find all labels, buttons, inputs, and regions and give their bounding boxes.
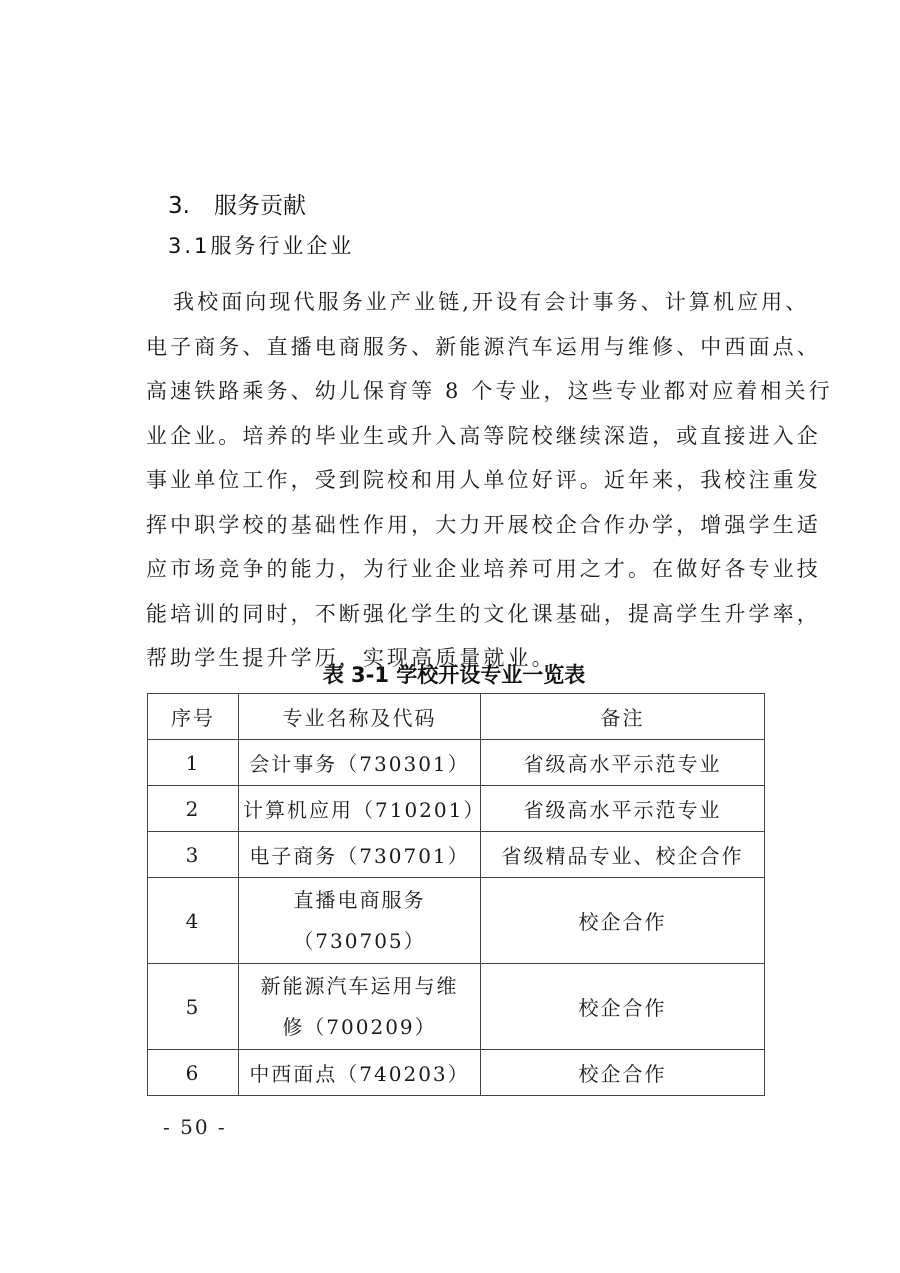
paragraph-line: 挥中职学校的基础性作用，大力开展校企合作办学，增强学生适 [146, 503, 766, 548]
header-cell-no: 序号 [148, 694, 239, 740]
subsection-heading: 3.1服务行业企业 [168, 230, 354, 262]
section-number: 3. [168, 190, 214, 222]
table-header-row: 序号 专业名称及代码 备注 [148, 694, 765, 740]
table-row: 5 新能源汽车运用与维 修（700209） 校企合作 [148, 964, 765, 1050]
section-title: 服务贡献 [214, 193, 306, 219]
table-caption: 表 3-1 学校开设专业一览表 [147, 660, 761, 690]
cell-name: 计算机应用（710201） [239, 786, 481, 832]
cell-remark: 省级精品专业、校企合作 [481, 832, 765, 878]
paragraph-line: 高速铁路乘务、幼儿保育等 8 个专业，这些专业都对应着相关行 [146, 369, 766, 414]
cell-remark: 省级高水平示范专业 [481, 786, 765, 832]
cell-remark: 校企合作 [481, 964, 765, 1050]
paragraph-line: 电子商务、直播电商服务、新能源汽车运用与维修、中西面点、 [146, 325, 766, 370]
cell-name: 电子商务（730701） [239, 832, 481, 878]
table-row: 2 计算机应用（710201） 省级高水平示范专业 [148, 786, 765, 832]
cell-name: 新能源汽车运用与维 修（700209） [239, 964, 481, 1050]
paragraph-line: 业企业。培养的毕业生或升入高等院校继续深造，或直接进入企 [146, 414, 766, 459]
header-cell-remark: 备注 [481, 694, 765, 740]
cell-name: 中西面点（740203） [239, 1050, 481, 1096]
cell-remark: 校企合作 [481, 878, 765, 964]
cell-name-line: （730705） [243, 921, 476, 962]
paragraph-line: 能培训的同时，不断强化学生的文化课基础，提高学生升学率， [146, 592, 766, 637]
cell-name: 会计事务（730301） [239, 740, 481, 786]
cell-remark: 校企合作 [481, 1050, 765, 1096]
header-cell-name: 专业名称及代码 [239, 694, 481, 740]
cell-no: 4 [148, 878, 239, 964]
document-page: 3.服务贡献 3.1服务行业企业 我校面向现代服务业产业链,开设有会计事务、计算… [0, 0, 900, 1273]
cell-no: 2 [148, 786, 239, 832]
body-paragraph: 我校面向现代服务业产业链,开设有会计事务、计算机应用、 电子商务、直播电商服务、… [146, 280, 766, 681]
cell-name-line: 直播电商服务 [243, 880, 476, 921]
paragraph-line: 应市场竞争的能力，为行业企业培养可用之才。在做好各专业技 [146, 547, 766, 592]
cell-no: 6 [148, 1050, 239, 1096]
cell-no: 5 [148, 964, 239, 1050]
table-row: 1 会计事务（730301） 省级高水平示范专业 [148, 740, 765, 786]
paragraph-line: 事业单位工作，受到院校和用人单位好评。近年来，我校注重发 [146, 458, 766, 503]
paragraph-line: 我校面向现代服务业产业链,开设有会计事务、计算机应用、 [146, 280, 766, 325]
cell-no: 1 [148, 740, 239, 786]
majors-table: 序号 专业名称及代码 备注 1 会计事务（730301） 省级高水平示范专业 2… [147, 693, 765, 1096]
table-row: 4 直播电商服务 （730705） 校企合作 [148, 878, 765, 964]
table-row: 6 中西面点（740203） 校企合作 [148, 1050, 765, 1096]
cell-name-line: 新能源汽车运用与维 [243, 966, 476, 1007]
section-heading: 3.服务贡献 [168, 190, 306, 222]
cell-name-line: 修（700209） [243, 1007, 476, 1048]
cell-name: 直播电商服务 （730705） [239, 878, 481, 964]
cell-remark: 省级高水平示范专业 [481, 740, 765, 786]
cell-no: 3 [148, 832, 239, 878]
page-number: - 50 - [163, 1115, 227, 1139]
table-row: 3 电子商务（730701） 省级精品专业、校企合作 [148, 832, 765, 878]
